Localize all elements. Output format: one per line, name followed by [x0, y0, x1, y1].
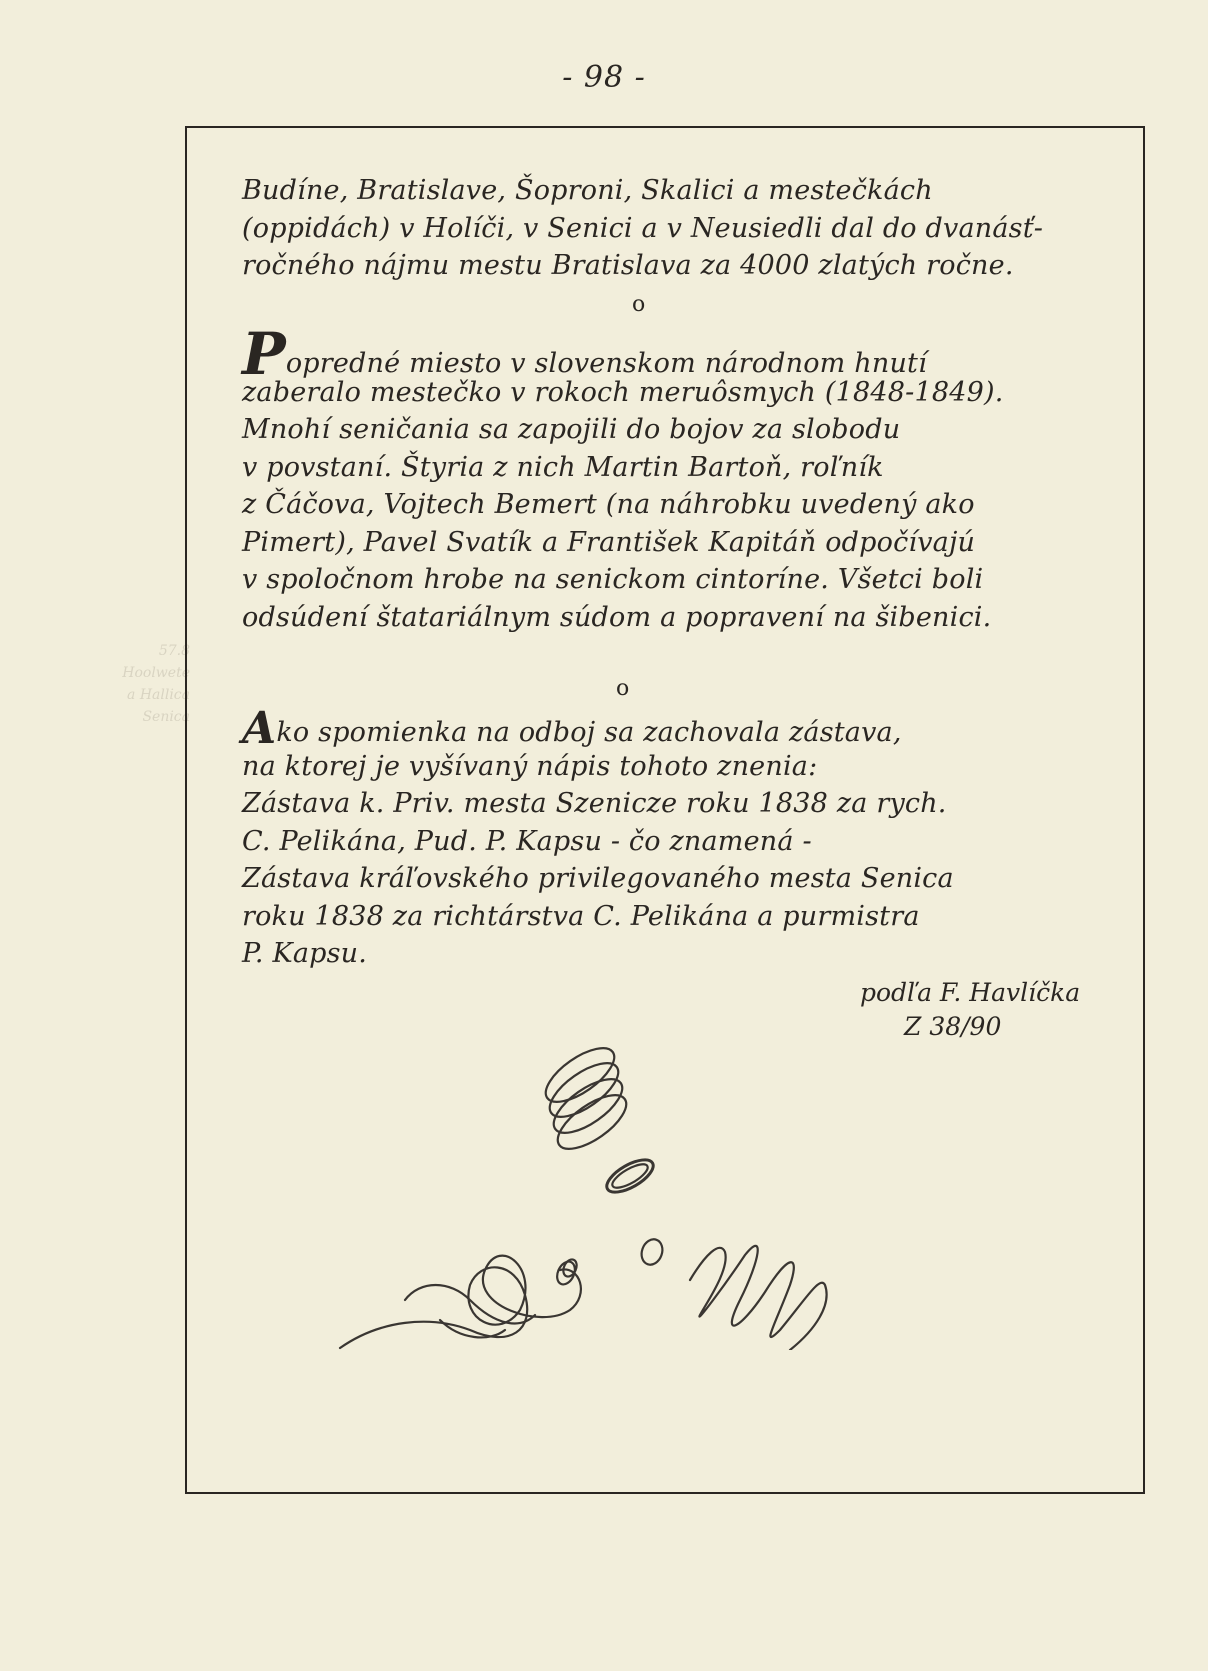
- paragraph-3: Ako spomienka na odboj sa zachovala zást…: [242, 710, 1122, 973]
- section-separator: o: [632, 292, 645, 317]
- text-line: Zástava kráľovského privilegovaného mest…: [242, 860, 1122, 898]
- page-number: - 98 -: [0, 60, 1208, 95]
- text-line: Ako spomienka na odboj sa zachovala zást…: [242, 710, 1122, 748]
- bleed-through-margin-note: 57.8 Hoolwete a Hallica Senica: [80, 640, 190, 728]
- text-line: zaberalo mestečko v rokoch meruôsmych (1…: [242, 374, 1122, 412]
- bleed-line: Hoolwete: [80, 662, 190, 684]
- text-line: Pimert), Pavel Svatík a František Kapitá…: [242, 524, 1122, 562]
- small-circle-icon: [638, 1236, 666, 1267]
- text-line: (oppidách) v Holíči, v Senici a v Neusie…: [242, 210, 1122, 248]
- text-line: Popredné miesto v slovenskom národnom hn…: [242, 336, 1122, 374]
- text-line: C. Pelikána, Pud. P. Kapsu - čo znamená …: [242, 823, 1122, 861]
- text-line: Zástava k. Priv. mesta Szenicze roku 183…: [242, 785, 1122, 823]
- text-line: Budíne, Bratislave, Šoproni, Skalici a m…: [242, 172, 1122, 210]
- zigzag-scribble-icon: [690, 1246, 827, 1350]
- bleed-line: Senica: [80, 706, 190, 728]
- text-line: P. Kapsu.: [242, 935, 1122, 973]
- oval-scribble-icon: [602, 1153, 658, 1198]
- text-line: v spoločnom hrobe na senickom cintoríne.…: [242, 561, 1122, 599]
- text-line: na ktorej je vyšívaný nápis tohoto zneni…: [242, 748, 1122, 786]
- text-line-content: ko spomienka na odboj sa zachovala zásta…: [276, 717, 901, 748]
- bleed-line: 57.8: [80, 640, 190, 662]
- coil-scribble-icon: [537, 1038, 634, 1159]
- text-line: odsúdení štatariálnym súdom a popravení …: [242, 599, 1122, 637]
- decorative-scribbles: [320, 1030, 940, 1350]
- text-line: roku 1838 za richtárstva C. Pelikána a p…: [242, 898, 1122, 936]
- text-line: z Čáčova, Vojtech Bemert (na náhrobku uv…: [242, 486, 1122, 524]
- text-line: v povstaní. Štyria z nich Martin Bartoň,…: [242, 449, 1122, 487]
- text-line: Mnohí seničania sa zapojili do bojov za …: [242, 411, 1122, 449]
- drop-cap: A: [242, 703, 276, 754]
- source-author: podľa F. Havlíčka: [860, 976, 1080, 1010]
- paragraph-1: Budíne, Bratislave, Šoproni, Skalici a m…: [242, 172, 1122, 285]
- bleed-line: a Hallica: [80, 684, 190, 706]
- section-separator: o: [616, 676, 629, 701]
- text-line: ročného nájmu mestu Bratislava za 4000 z…: [242, 247, 1122, 285]
- paragraph-2: Popredné miesto v slovenskom národnom hn…: [242, 336, 1122, 636]
